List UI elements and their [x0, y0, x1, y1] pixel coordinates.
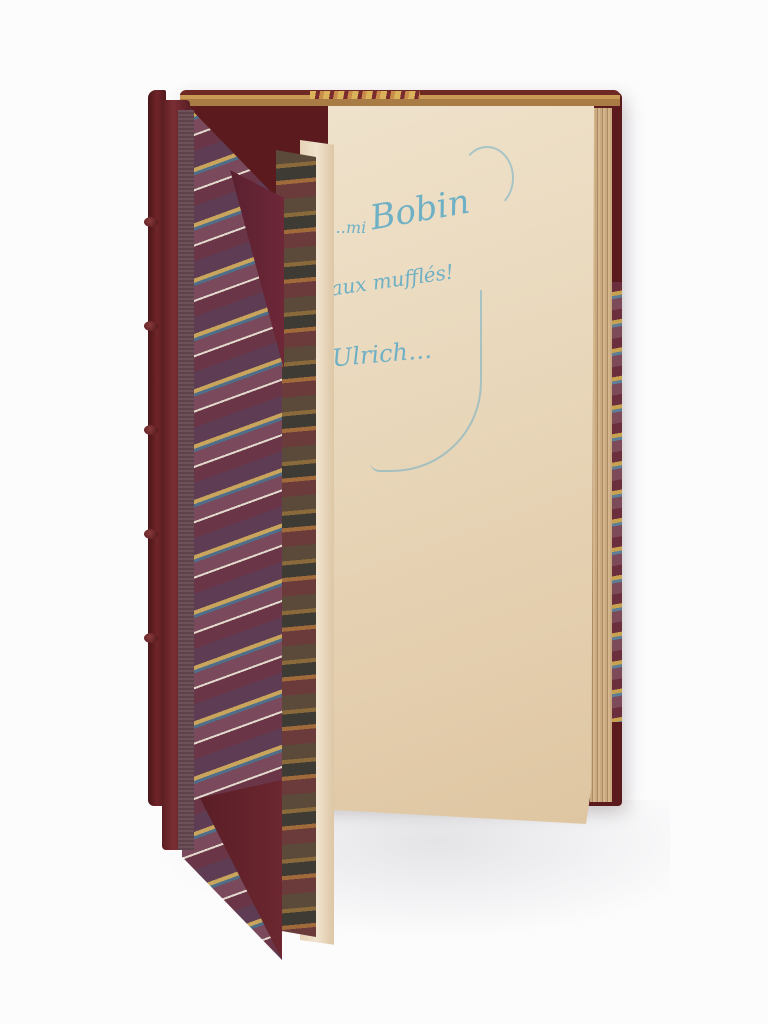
raised-band-icon: [144, 425, 158, 435]
raised-band-icon: [144, 321, 158, 331]
headband-marble: [310, 91, 420, 99]
signature-flourish: [370, 290, 482, 472]
raised-band-icon: [144, 217, 158, 227]
raised-band-icon: [144, 529, 158, 539]
top-page-edge: [180, 90, 620, 106]
inscription-name: Bobin: [367, 182, 472, 239]
handwritten-inscription: …mi Bobin aux mufflés! Ulrich…: [330, 150, 570, 470]
book-photograph: …mi Bobin aux mufflés! Ulrich…: [0, 0, 768, 1024]
inscription-prefix: …mi: [330, 218, 366, 237]
spine-grain-texture: [178, 110, 194, 850]
raised-band-icon: [144, 633, 158, 643]
back-cover-marbled-edge: [612, 282, 622, 722]
